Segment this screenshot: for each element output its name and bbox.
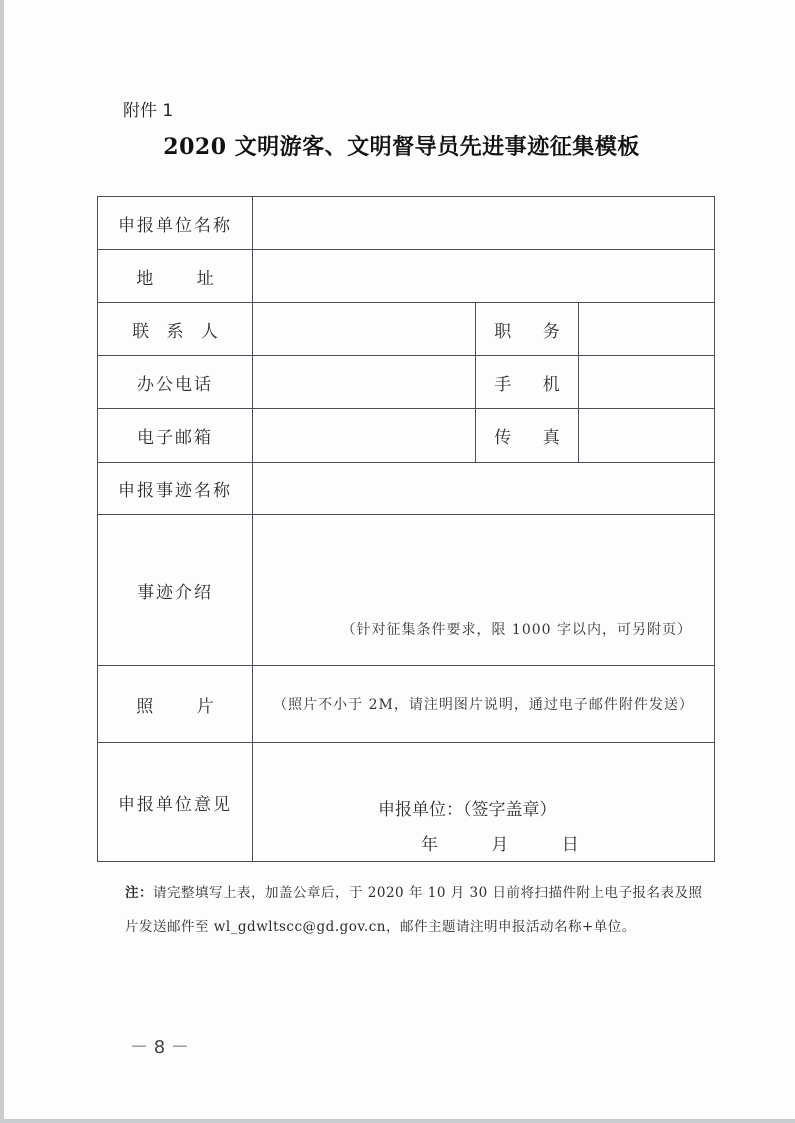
fax-field[interactable]	[579, 409, 715, 463]
fax-label: 传 真	[476, 409, 579, 463]
document-title: 2020 文明游客、文明督导员先进事迹征集模板	[4, 130, 795, 161]
application-form-table: 申报单位名称 地 址 联 系 人 职 务 办公电话 手 机 电子邮箱 传 真 申…	[97, 196, 715, 862]
position-label: 职 务	[476, 303, 579, 356]
email-label: 电子邮箱	[98, 409, 253, 463]
date-text: 年 月 日	[421, 830, 579, 855]
unit-name-label: 申报单位名称	[98, 197, 253, 250]
office-phone-field[interactable]	[253, 356, 476, 409]
signature-text: 申报单位：（签字盖章）	[378, 795, 557, 820]
row-deed-name: 申报事迹名称	[98, 463, 715, 515]
office-phone-label: 办公电话	[98, 356, 253, 409]
email-field[interactable]	[253, 409, 476, 463]
deed-intro-hint: （针对征集条件要求，限 1000 字以内，可另附页）	[341, 619, 692, 639]
row-phone: 办公电话 手 机	[98, 356, 715, 409]
footnote: 注：请完整填写上表，加盖公章后，于 2020 年 10 月 30 日前将扫描件附…	[125, 876, 705, 944]
note-text: 请完整填写上表，加盖公章后，于 2020 年 10 月 30 日前将扫描件附上电…	[125, 885, 702, 935]
photo-field[interactable]: （照片不小于 2M，请注明图片说明，通过电子邮件附件发送）	[253, 666, 715, 743]
row-photo: 照 片 （照片不小于 2M，请注明图片说明，通过电子邮件附件发送）	[98, 666, 715, 743]
position-field[interactable]	[579, 303, 715, 356]
deed-intro-field[interactable]: （针对征集条件要求，限 1000 字以内，可另附页）	[253, 515, 715, 666]
unit-name-field[interactable]	[253, 197, 715, 250]
deed-name-field[interactable]	[253, 463, 715, 515]
row-address: 地 址	[98, 250, 715, 303]
mobile-field[interactable]	[579, 356, 715, 409]
photo-label: 照 片	[98, 666, 253, 743]
note-prefix: 注：	[125, 885, 153, 901]
mobile-label: 手 机	[476, 356, 579, 409]
row-unit-name: 申报单位名称	[98, 197, 715, 250]
contact-field[interactable]	[253, 303, 476, 356]
contact-label: 联 系 人	[98, 303, 253, 356]
address-field[interactable]	[253, 250, 715, 303]
page-number: － 8 －	[130, 1033, 189, 1059]
document-page: 附件 1 2020 文明游客、文明督导员先进事迹征集模板 申报单位名称 地 址 …	[4, 0, 795, 1119]
row-deed-intro: 事迹介绍 （针对征集条件要求，限 1000 字以内，可另附页）	[98, 515, 715, 666]
opinion-label: 申报单位意见	[98, 743, 253, 862]
row-opinion: 申报单位意见 申报单位：（签字盖章） 年 月 日	[98, 743, 715, 862]
opinion-field[interactable]: 申报单位：（签字盖章） 年 月 日	[253, 743, 715, 862]
deed-intro-label: 事迹介绍	[98, 515, 253, 666]
photo-hint: （照片不小于 2M，请注明图片说明，通过电子邮件附件发送）	[273, 697, 694, 713]
address-label: 地 址	[98, 250, 253, 303]
deed-name-label: 申报事迹名称	[98, 463, 253, 515]
row-email: 电子邮箱 传 真	[98, 409, 715, 463]
attachment-label: 附件 1	[123, 96, 173, 121]
row-contact: 联 系 人 职 务	[98, 303, 715, 356]
